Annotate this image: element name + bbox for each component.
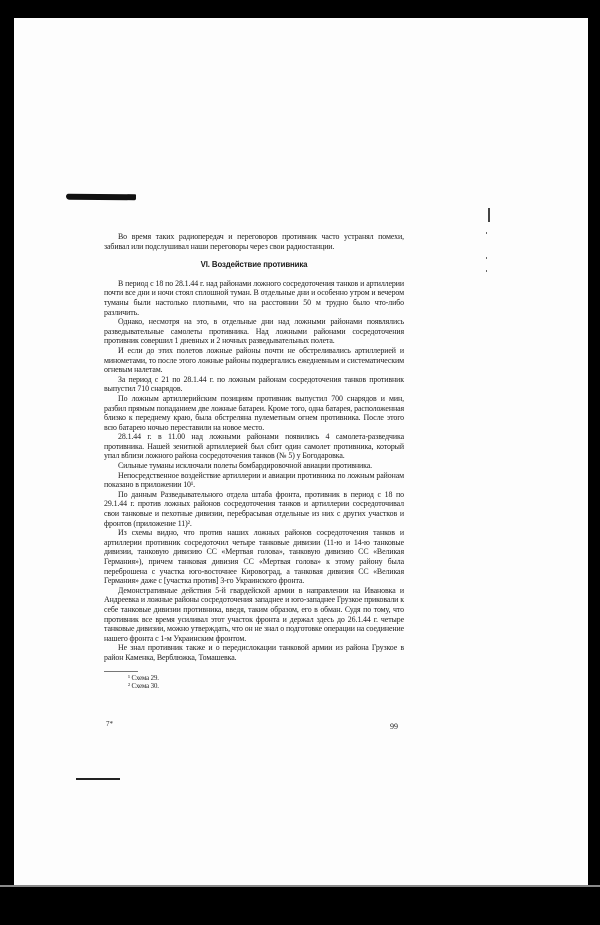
scan-margin-dot (486, 257, 487, 259)
paragraph: 28.1.44 г. в 11.00 над ложными районами … (104, 432, 404, 461)
paragraph: Сильные туманы исключали полеты бомбарди… (104, 461, 404, 471)
paragraph: По ложным артиллерийским позициям против… (104, 394, 404, 432)
intro-paragraph: Во время таких радиопередач и переговоро… (104, 232, 404, 251)
paragraph: И если до этих полетов ложные районы поч… (104, 346, 404, 375)
signature-mark: 7* (106, 720, 113, 728)
page-number: 99 (390, 722, 398, 731)
scan-ink-underline-mark (76, 778, 120, 780)
paragraph: Однако, несмотря на это, в отдельные дни… (104, 317, 404, 346)
scan-margin-dot (486, 270, 487, 272)
paragraph: Непосредственное воздействие артиллерии … (104, 471, 404, 490)
footnote-separator (104, 671, 138, 672)
paragraph: За период с 21 по 28.1.44 г. по ложным р… (104, 375, 404, 394)
paragraph: Из схемы видно, что против наших ложных … (104, 528, 404, 586)
paragraph: Демонстративные действия 5-й гвардейской… (104, 586, 404, 644)
footnotes: ¹ Схема 29. ² Схема 30. (104, 675, 404, 691)
paragraph: Не знал противник также и о передислокац… (104, 643, 404, 662)
section-heading: VI. Воздействие противника (104, 260, 404, 270)
scan-margin-dot (486, 232, 487, 234)
scan-margin-mark (488, 208, 490, 222)
footnote: ² Схема 30. (128, 683, 404, 691)
scan-bottom-edge (0, 885, 600, 887)
paragraph: По данным Разведывательного отдела штаба… (104, 490, 404, 528)
paragraph: В период с 18 по 28.1.44 г. над районами… (104, 279, 404, 317)
document-body: Во время таких радиопередач и переговоро… (104, 232, 404, 691)
footnote: ¹ Схема 29. (128, 675, 404, 683)
scan-ink-bar-mark (66, 194, 136, 200)
